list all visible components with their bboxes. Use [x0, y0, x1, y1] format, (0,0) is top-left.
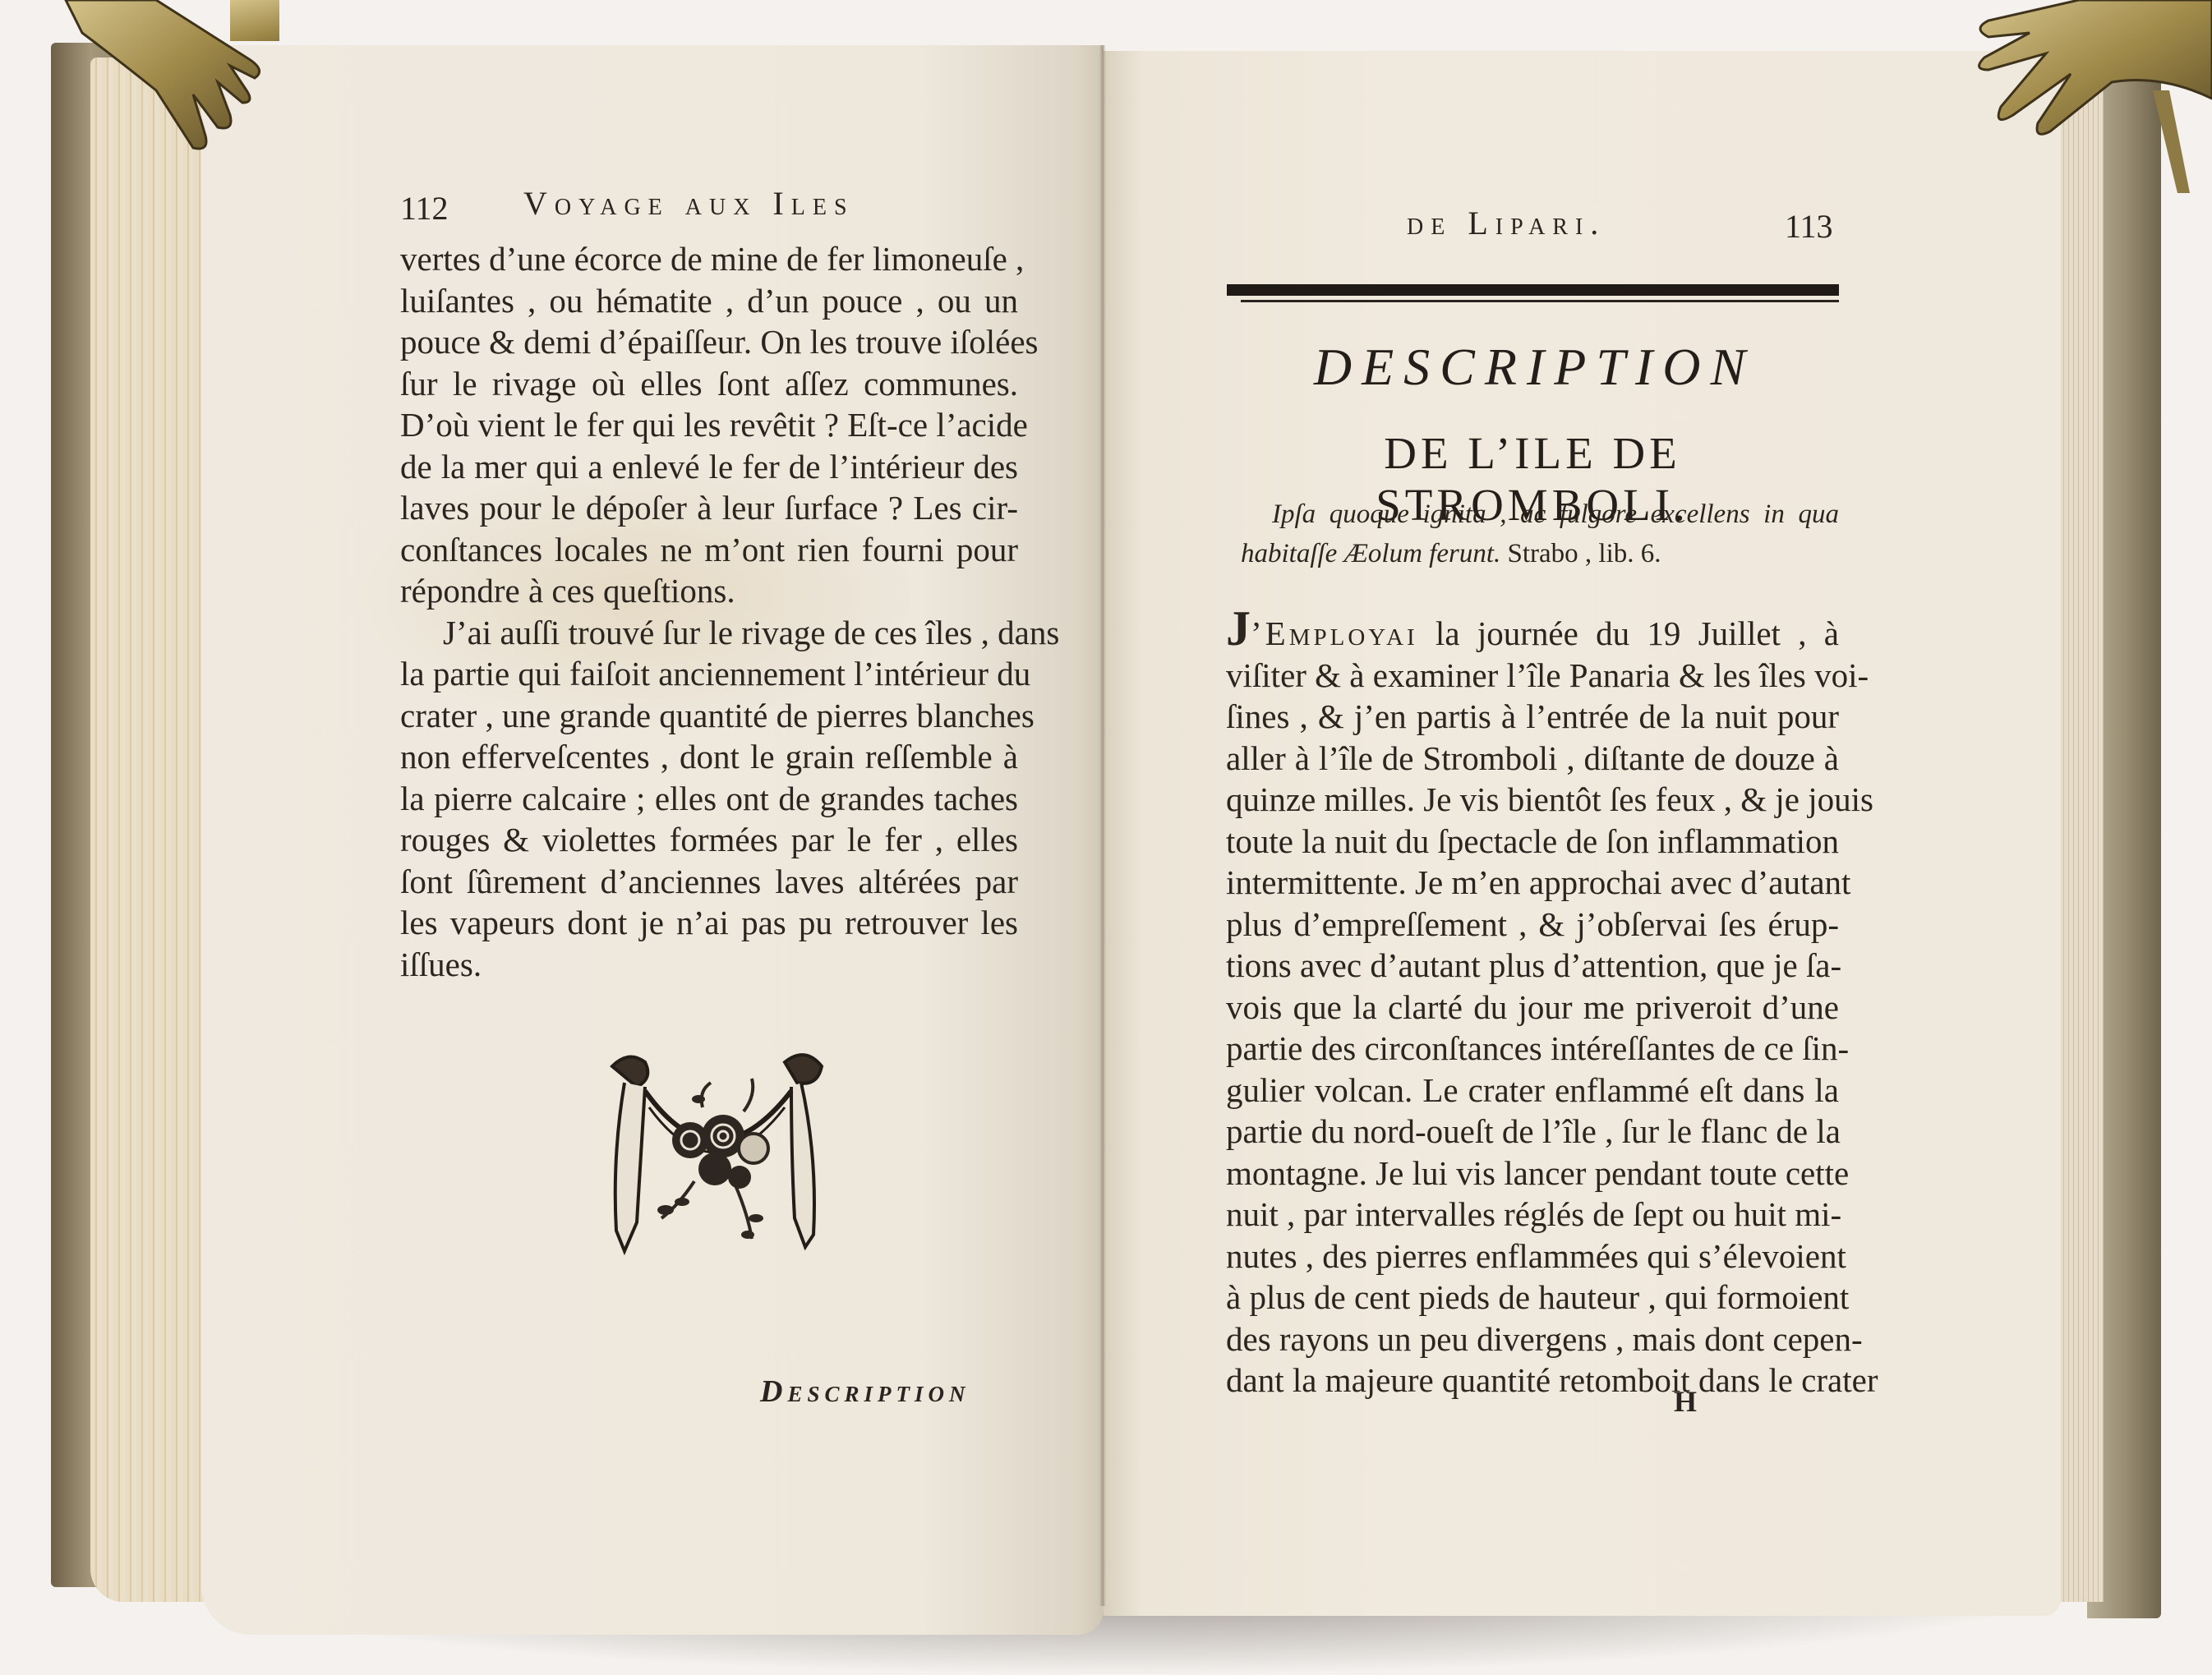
page-number-right: 113 [1785, 207, 1833, 246]
header-rule-thick [1227, 284, 1839, 296]
text-line: les vapeurs dont je n’ai pas pu retrouve… [400, 902, 1018, 944]
text-line: intermittente. Je m’en approchai avec d’… [1226, 862, 1839, 904]
signature-mark: H [1674, 1384, 1697, 1419]
epigraph-line: habitaſſe Æolum ferunt. Strabo , lib. 6. [1241, 534, 1839, 573]
text-line: ſont ſûrement d’anciennes laves altérées… [400, 861, 1018, 903]
text-line: dant la majeure quantité retomboit dans … [1226, 1360, 1839, 1401]
text-line: des rayons un peu divergens , mais dont … [1226, 1318, 1839, 1360]
text-line: viſiter & à examiner l’île Panaria & les… [1226, 655, 1839, 697]
header-rule-thin [1241, 300, 1839, 302]
brass-hand-clip-right-icon [1964, 0, 2212, 197]
text-line: iſſues. [400, 944, 1018, 986]
text-line: à plus de cent pieds de hauteur , qui fo… [1226, 1277, 1839, 1318]
text-line: plus d’empreſſement , & j’obſervai ſes é… [1226, 904, 1839, 946]
first-word: ’Employai [1251, 614, 1418, 652]
running-head-right: de Lipari. [1407, 204, 1606, 242]
text-line: ſines , & j’en partis à l’entrée de la n… [1226, 696, 1839, 738]
epigraph-latin: habitaſſe Æolum ferunt. [1241, 539, 1500, 568]
floral-garland-ornament-icon [579, 1033, 850, 1263]
right-page-body: J’Employai la journée du 19 Juillet , à … [1226, 612, 1839, 1401]
drop-cap: J [1226, 601, 1251, 656]
book-gutter [1099, 45, 1106, 1606]
text-line: partie des circonſtances intéreſſantes d… [1226, 1028, 1839, 1070]
epigraph-source: Strabo , lib. 6. [1500, 539, 1661, 568]
text-line: montagne. Je lui vis lancer pendant tout… [1226, 1153, 1839, 1194]
page-edges-left [90, 58, 214, 1602]
first-line-text: la journée du 19 Juillet , à [1418, 614, 1839, 652]
text-line: aller à l’île de Stromboli , diſtante de… [1226, 738, 1839, 780]
running-head-left: Voyage aux Iles [523, 184, 855, 223]
page-number-left: 112 [400, 189, 449, 228]
epigraph-line: Ipſa quoque ignita , ac fulgore excellen… [1241, 495, 1839, 534]
text-line: nuit , par intervalles réglés de ſept ou… [1226, 1194, 1839, 1236]
text-line: gulier volcan. Le crater enflammé eſt da… [1226, 1070, 1839, 1111]
text-line: non efferveſcentes , dont le grain reſſe… [400, 736, 1018, 778]
text-line: vertes d’une écorce de mine de fer limon… [400, 238, 1018, 280]
catchword: Description [760, 1374, 970, 1410]
text-line: pouce & demi d’épaiſſeur. On les trouve … [400, 321, 1018, 363]
text-line: la pierre calcaire ; elles ont de grande… [400, 778, 1018, 820]
page-edges-right [2054, 49, 2104, 1602]
text-line: de la mer qui a enlevé le fer de l’intér… [400, 446, 1018, 488]
paragraph-start: J’ai auſſi trouvé ſur le rivage de ces î… [400, 612, 1018, 654]
text-line: vois que la clarté du jour me priveroit … [1226, 987, 1839, 1028]
text-line: répondre à ces queſtions. [400, 570, 1018, 612]
paragraph-start: J’Employai la journée du 19 Juillet , à [1226, 612, 1839, 655]
text-line: crater , une grande quantité de pierres … [400, 695, 1018, 737]
text-line: quinze milles. Je vis bientôt ſes feux ,… [1226, 779, 1839, 821]
text-line: tions avec d’autant plus d’attention, qu… [1226, 945, 1839, 987]
text-line: nutes , des pierres enflammées qui s’éle… [1226, 1236, 1839, 1277]
text-line: rouges & violettes formées par le fer , … [400, 819, 1018, 861]
brass-hand-clip-left-icon [33, 0, 279, 164]
text-line: ſur le rivage où elles ſont aſſez commun… [400, 363, 1018, 405]
chapter-title: DESCRIPTION [1228, 337, 1841, 398]
text-line: toute la nuit du ſpectacle de ſon inflam… [1226, 821, 1839, 863]
text-line: D’où vient le fer qui les revêtit ? Eſt-… [400, 404, 1018, 446]
text-line: conſtances locales ne m’ont rien fourni … [400, 529, 1018, 571]
text-line: partie du nord-oueſt de l’île , ſur le f… [1226, 1111, 1839, 1153]
epigraph: Ipſa quoque ignita , ac fulgore excellen… [1241, 495, 1839, 573]
left-page-body: vertes d’une écorce de mine de fer limon… [400, 238, 1018, 985]
text-line: luiſantes , ou hématite , d’un pouce , o… [400, 280, 1018, 322]
text-line: la partie qui faiſoit anciennement l’int… [400, 653, 1018, 695]
text-line: laves pour le dépoſer à leur ſurface ? L… [400, 487, 1018, 529]
